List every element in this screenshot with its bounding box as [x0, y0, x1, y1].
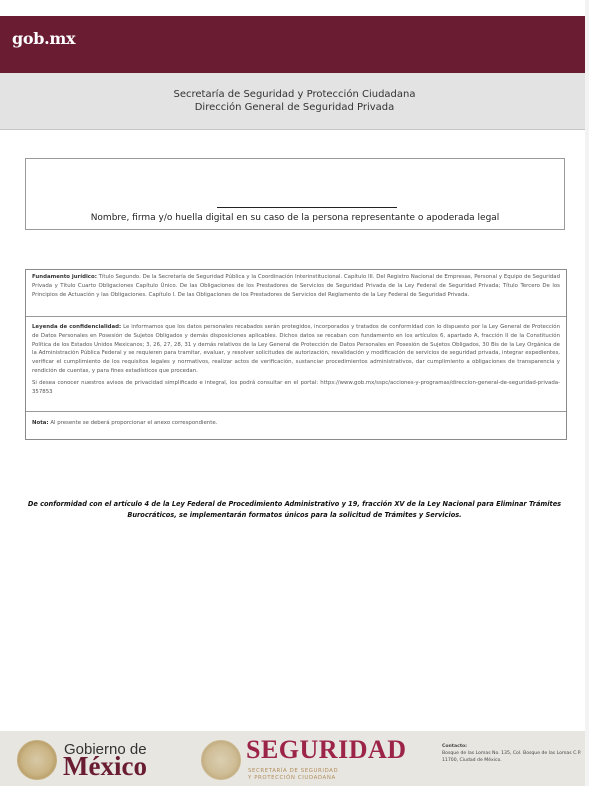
- fundamento-text: Título Segundo. De la Secretaría de Segu…: [32, 274, 560, 298]
- leyenda-text: Le informamos que los datos personales r…: [32, 324, 560, 374]
- page-edge: [585, 0, 589, 786]
- signature-line: [217, 207, 397, 208]
- leyenda-title: Leyenda de confidencialidad:: [32, 324, 121, 330]
- contact-address-1: Bosque de las Lomas No. 135, Col. Bosque…: [442, 750, 582, 757]
- secretaria-title: Secretaría de Seguridad y Protección Ciu…: [0, 89, 589, 100]
- footer: Gobierno de México SEGURIDAD SECRETARÍA …: [0, 731, 589, 786]
- gob-mx-logo[interactable]: gob.mx: [12, 29, 75, 48]
- seguridad-logo-sub2: Y PROTECCIÓN CIUDADANA: [248, 775, 336, 781]
- aviso-privacidad: Si desea conocer nuestros avisos de priv…: [32, 379, 560, 397]
- seguridad-logo-title: SEGURIDAD: [246, 735, 407, 765]
- conformity-line-1: De conformidad con el artículo 4 de la L…: [12, 499, 577, 510]
- contact-info: Contacto: Bosque de las Lomas No. 135, C…: [442, 743, 582, 764]
- nota-text: Al presente se deberá proporcionar el an…: [50, 420, 217, 426]
- legal-info-box: Fundamento jurídico: Título Segundo. De …: [25, 269, 567, 440]
- signature-box: Nombre, firma y/o huella digital en su c…: [25, 158, 565, 230]
- seguridad-seal-icon: [201, 740, 241, 780]
- conformity-notice: De conformidad con el artículo 4 de la L…: [12, 499, 577, 521]
- national-seal-icon: [17, 740, 57, 780]
- contact-label: Contacto:: [442, 743, 582, 750]
- fundamento-title: Fundamento jurídico:: [32, 274, 97, 280]
- agency-header: Secretaría de Seguridad y Protección Ciu…: [0, 73, 589, 130]
- conformity-line-2: Burocráticos, se implementarán formatos …: [12, 510, 577, 521]
- gobierno-logo-line2: México: [63, 751, 147, 782]
- leyenda-confidencialidad: Leyenda de confidencialidad: Le informam…: [26, 317, 566, 412]
- gob-mx-header: gob.mx: [0, 16, 589, 73]
- top-margin: [0, 0, 589, 16]
- seguridad-logo-sub1: SECRETARÍA DE SEGURIDAD: [248, 768, 338, 774]
- fundamento-juridico: Fundamento jurídico: Título Segundo. De …: [26, 270, 566, 317]
- signature-label: Nombre, firma y/o huella digital en su c…: [26, 213, 564, 223]
- direccion-title: Dirección General de Seguridad Privada: [0, 102, 589, 113]
- nota-title: Nota:: [32, 420, 49, 426]
- contact-address-2: 11700, Ciudad de México.: [442, 757, 582, 764]
- nota: Nota: Al presente se deberá proporcionar…: [26, 412, 566, 432]
